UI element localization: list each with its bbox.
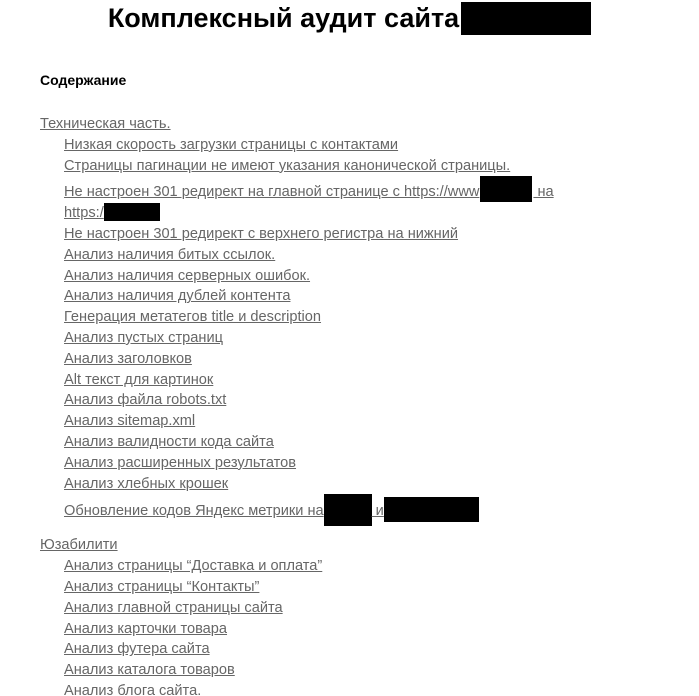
toc-section-link-technical[interactable]: Техническая часть. (40, 114, 680, 135)
toc-item-link[interactable]: Анализ расширенных результатов (64, 455, 296, 471)
toc-section-technical: Техническая часть. Низкая скорость загру… (40, 114, 680, 526)
table-of-contents: Техническая часть. Низкая скорость загру… (40, 114, 680, 696)
toc-item-link[interactable]: Анализ наличия серверных ошибок. (64, 268, 310, 284)
toc-item-link[interactable]: Анализ главной страницы сайта (64, 600, 283, 616)
toc-item-link[interactable]: Анализ валидности кода сайта (64, 434, 274, 450)
toc-item-link[interactable]: Анализ наличия битых ссылок. (64, 247, 275, 263)
toc-heading: Содержание (40, 71, 126, 89)
redacted-domain (324, 494, 372, 526)
redacted-site-name (461, 2, 591, 35)
toc-item-link[interactable]: Низкая скорость загрузки страницы с конт… (64, 137, 398, 153)
document-title-text: Комплексный аудит сайта (108, 3, 459, 33)
toc-item-link[interactable]: Не настроен 301 редирект с верхнего реги… (64, 226, 458, 242)
toc-item-link[interactable]: Анализ заголовков (64, 351, 192, 367)
toc-item-link[interactable]: Анализ страницы “Контакты” (64, 579, 259, 595)
toc-item-link[interactable]: Анализ файла robots.txt (64, 392, 226, 408)
toc-section-link-usability[interactable]: Юзабилити (40, 535, 680, 556)
toc-item-text: Обновление кодов Яндекс метрики на (64, 503, 324, 519)
toc-item-link-metrika[interactable]: Обновление кодов Яндекс метрики на и (64, 503, 479, 519)
toc-item-link[interactable]: Генерация метатегов title и description (64, 309, 321, 325)
toc-section-usability: Юзабилити Анализ страницы “Доставка и оп… (40, 535, 680, 696)
toc-item-link[interactable]: Анализ блога сайта. (64, 683, 201, 696)
toc-item-link[interactable]: Alt текст для картинок (64, 372, 213, 388)
toc-item-link[interactable]: Анализ наличия дублей контента (64, 288, 290, 304)
toc-item-link[interactable]: Анализ каталога товаров (64, 662, 235, 678)
toc-item-link[interactable]: Анализ страницы “Доставка и оплата” (64, 558, 322, 574)
toc-item-text: и (372, 503, 384, 519)
toc-item-link[interactable]: Анализ пустых страниц (64, 330, 223, 346)
toc-item-link-www-redirect[interactable]: Не настроен 301 редирект на главной стра… (64, 184, 554, 221)
toc-item-link[interactable]: Страницы пагинации не имеют указания кан… (64, 158, 510, 174)
redacted-domain (384, 497, 479, 522)
redacted-domain (104, 203, 160, 221)
toc-item-link[interactable]: Анализ sitemap.xml (64, 413, 195, 429)
toc-item-link[interactable]: Анализ футера сайта (64, 641, 210, 657)
toc-item-link[interactable]: Анализ карточки товара (64, 621, 227, 637)
redacted-domain (480, 176, 532, 202)
toc-item-link[interactable]: Анализ хлебных крошек (64, 476, 228, 492)
toc-item-text: Не настроен 301 редирект на главной стра… (64, 184, 479, 200)
document-title: Комплексный аудит сайта (0, 1, 699, 35)
